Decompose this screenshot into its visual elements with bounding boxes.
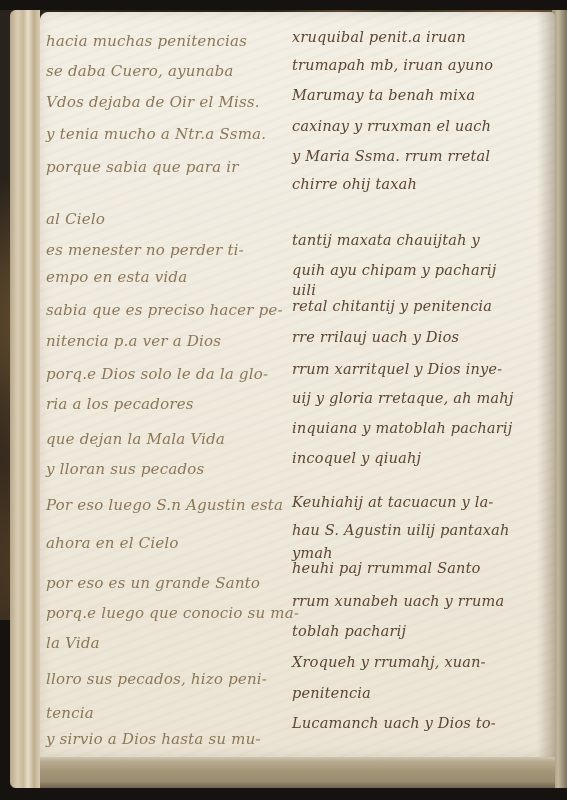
spanish-line: por eso es un grande Santo <box>46 574 260 592</box>
spanish-line: y sirvio a Dios hasta su mu- <box>46 730 261 748</box>
page-stack-bottom-edge <box>40 755 555 788</box>
spanish-line: la Vida <box>46 634 100 652</box>
indigenous-line: y Maria Ssma. rrum rretal <box>292 149 490 165</box>
spanish-line: y tenia mucho a Ntr.a Ssma. <box>46 125 266 143</box>
indigenous-line: quih ayu chipam y pacharij <box>292 263 496 279</box>
spanish-line: ahora en el Cielo <box>46 534 179 552</box>
manuscript-page: hacia muchas penitencias se daba Cuero, … <box>40 12 555 757</box>
cover-edge-bottom <box>0 788 567 800</box>
spanish-line: es menester no perder ti- <box>46 241 244 259</box>
indigenous-line: Marumay ta benah mixa <box>292 88 475 104</box>
indigenous-line: retal chitantij y penitencia <box>292 299 492 315</box>
spanish-line: porque sabia que para ir <box>46 158 239 176</box>
indigenous-line: inquiana y matoblah pacharij <box>292 421 512 437</box>
indigenous-line: incoquel y qiuahj <box>292 451 421 467</box>
indigenous-line: toblah pacharij <box>292 624 406 640</box>
spanish-line: empo en esta vida <box>46 268 187 286</box>
page-curl-shadow <box>537 12 555 757</box>
spanish-line: ria a los pecadores <box>46 395 194 413</box>
spanish-line: lloro sus pecados, hizo peni- <box>46 670 267 688</box>
indigenous-line: rrum xarritquel y Dios inye- <box>292 362 502 378</box>
spanish-line: hacia muchas penitencias <box>46 32 247 50</box>
spanish-line: tencia <box>46 704 94 722</box>
spanish-line: sabia que es preciso hacer pe- <box>46 301 283 319</box>
spanish-line: y lloran sus pecados <box>46 460 204 478</box>
cover-edge-top <box>0 0 567 10</box>
indigenous-line: uij y gloria rretaque, ah mahj <box>292 391 514 407</box>
indigenous-line: xruquibal penit.a iruan <box>292 30 466 46</box>
spanish-line: Por eso luego S.n Agustin esta <box>46 496 283 514</box>
spanish-line: porq.e Dios solo le da la glo- <box>46 365 268 383</box>
indigenous-line: Xroqueh y rrumahj, xuan- <box>292 655 486 671</box>
indigenous-line: trumapah mb, iruan ayuno <box>292 58 493 74</box>
indigenous-line: tantij maxata chauijtah y <box>292 233 480 249</box>
indigenous-line: Lucamanch uach y Dios to- <box>292 716 496 732</box>
indigenous-line: rrum xunabeh uach y rruma <box>292 594 504 610</box>
indigenous-line: chirre ohij taxah <box>292 177 417 193</box>
spanish-line: se daba Cuero, ayunaba <box>46 62 234 80</box>
indigenous-line: uili <box>292 283 316 299</box>
indigenous-line: Keuhiahij at tacuacun y la- <box>292 495 494 511</box>
spanish-line: porq.e luego que conocio su ma- <box>46 604 299 622</box>
spanish-line: Vdos dejaba de Oir el Miss. <box>46 93 260 111</box>
spanish-line: nitencia p.a ver a Dios <box>46 332 221 350</box>
page-stack-left-edge <box>10 10 40 788</box>
spanish-line: que dejan la Mala Vida <box>46 430 225 448</box>
indigenous-line: hau S. Agustin uilij pantaxah <box>292 523 510 539</box>
indigenous-line: caxinay y rruxman el uach <box>292 119 491 135</box>
indigenous-line: penitencia <box>292 686 371 702</box>
indigenous-line: ymah <box>292 546 333 562</box>
indigenous-line: rre rrilauj uach y Dios <box>292 330 459 346</box>
spanish-line: al Cielo <box>46 210 105 228</box>
indigenous-line: heuhi paj rrummal Santo <box>292 561 481 577</box>
